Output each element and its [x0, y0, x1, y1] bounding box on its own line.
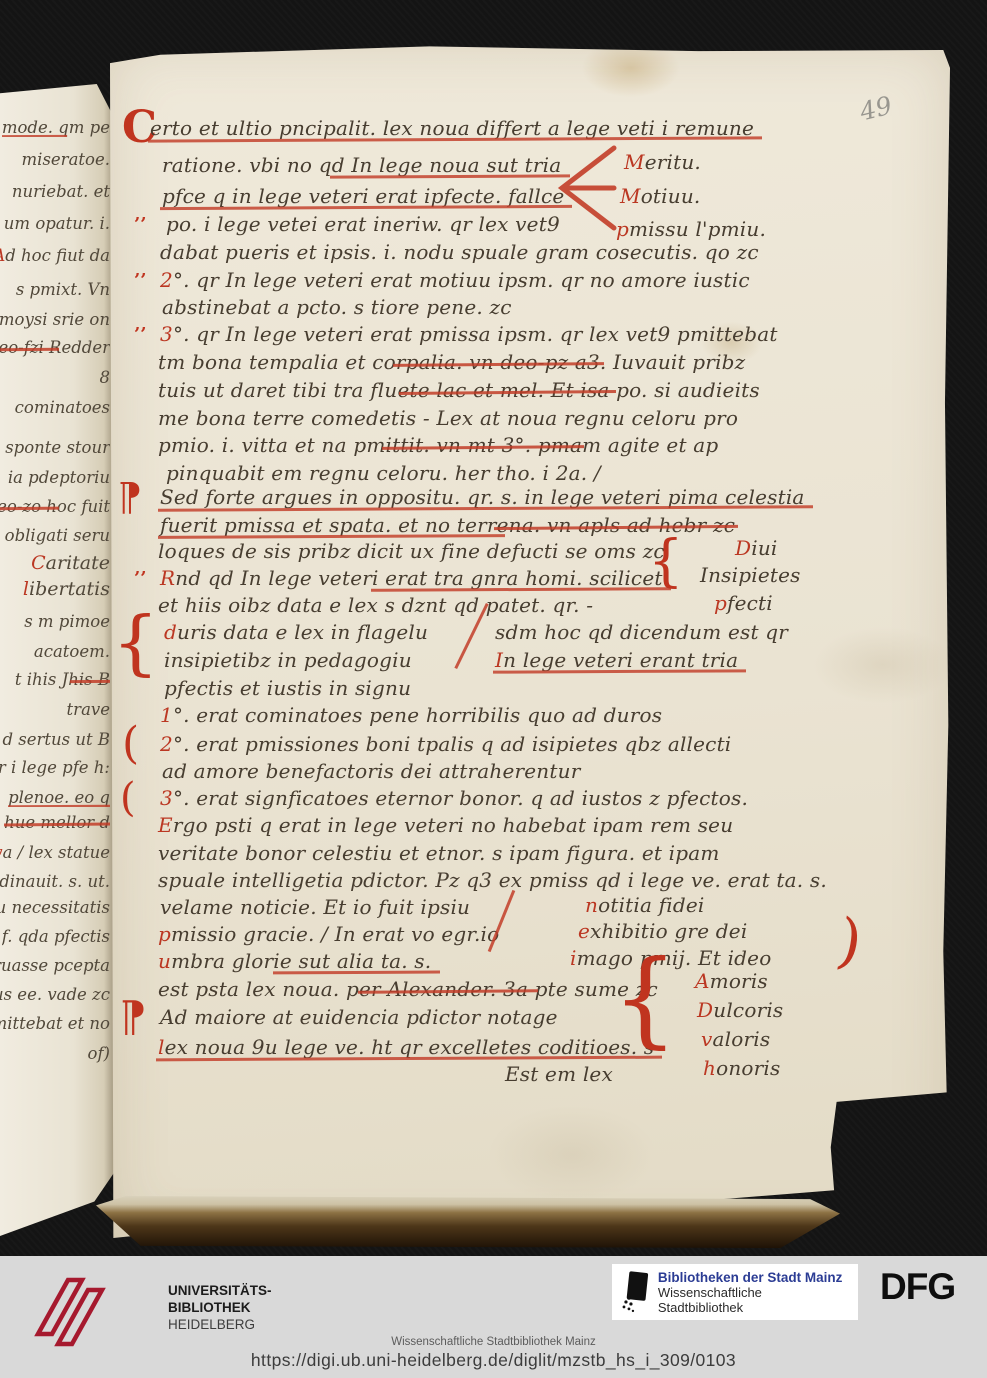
- manuscript-line: ratione. vbi no qd In lege noua sut tria: [162, 153, 561, 177]
- list-item: Dulcoris: [697, 998, 783, 1022]
- margin-line: s m pimoe: [24, 612, 110, 631]
- rubric-mark: ’’: [134, 214, 147, 235]
- manuscript-line: pmissio gracie. / In erat vo egr.io: [158, 922, 499, 946]
- list-item: Insipietes: [700, 563, 801, 587]
- margin-line: libertatis: [23, 578, 110, 600]
- margin-line: heo-fzi Redder: [0, 338, 110, 357]
- manuscript-line: et hiis oibz data e lex s dznt qd patet.…: [158, 593, 593, 617]
- manuscript-line: erto et ultio pncipalit. lex noua differ…: [150, 116, 754, 140]
- ub-heidelberg-label: UNIVERSITÄTS- BIBLIOTHEK HEIDELBERG: [168, 1282, 272, 1333]
- mainz-line1: Bibliotheken der Stadt Mainz: [658, 1270, 850, 1285]
- margin-line: ius ee. vade zc: [0, 985, 110, 1004]
- scan-footer: UNIVERSITÄTS- BIBLIOTHEK HEIDELBERG Bibl…: [0, 1256, 987, 1378]
- mainz-library-badge: Bibliotheken der Stadt Mainz Wissenschaf…: [612, 1264, 858, 1320]
- manuscript-line: pfce q in lege veteri erat ipfecte. fall…: [162, 184, 564, 208]
- manuscript-line: tm bona tempalia et corpalia. vn deo-pz …: [158, 350, 745, 374]
- margin-line: Ad hoc fiut da: [0, 246, 110, 265]
- margin-line: nuriebat. et: [12, 182, 110, 201]
- ubh-line2: BIBLIOTHEK: [168, 1299, 272, 1316]
- manuscript-line: Ad maiore at euidencia pdictor notage: [160, 1005, 558, 1029]
- margin-line: r i lege pfe h:: [0, 758, 110, 777]
- side-note: sdm hoc qd dicendum est qr: [495, 620, 788, 644]
- red-brace-icon: {: [648, 534, 684, 590]
- red-flourish-icon: (: [120, 778, 136, 818]
- manuscript-line: abstinebat a pcto. s tiore pene. zc: [162, 295, 512, 319]
- margin-line: heo-zo hoc fuit: [0, 497, 110, 516]
- manuscript-line: est psta lex noua. per Alexander. 3a pte…: [158, 977, 658, 1001]
- margin-line: mode. qm pe: [2, 118, 110, 137]
- manuscript-line: Ergo psti q erat in lege veteri no habeb…: [158, 813, 733, 837]
- list-item: Motiuu.: [620, 184, 700, 208]
- margin-line: Caritate: [31, 552, 110, 574]
- margin-line: 8: [100, 368, 111, 387]
- manuscript-line: 2°. erat pmissiones boni tpalis q ad isi…: [160, 732, 731, 756]
- margin-line: d sponte stour: [0, 438, 110, 457]
- manuscript-line: Rnd qd In lege veteri erat tra gnra homi…: [160, 566, 663, 590]
- margin-line: asu necessitatis: [0, 898, 110, 917]
- manuscript-line: loques de sis pribz dicit ux fine defuct…: [158, 539, 665, 563]
- rubric-mark: ’’: [134, 568, 147, 589]
- rubric-paragraph-mark: ¶: [118, 478, 142, 516]
- margin-line: um opatur. i.: [4, 214, 110, 233]
- list-item: Diui: [735, 536, 778, 560]
- red-brace-icon: {: [112, 608, 159, 678]
- margin-line: va / lex statue: [0, 843, 110, 862]
- manuscript-line: lex noua 9u lege ve. ht qr excelletes co…: [158, 1035, 654, 1059]
- rubric-paragraph-mark: ¶: [120, 996, 147, 1038]
- margin-line: cominatoes: [15, 398, 110, 417]
- manuscript-line: po. i lege vetei erat ineriw. qr lex vet…: [166, 212, 560, 236]
- manuscript-line: 3°. qr In lege veteri erat pmissa ipsm. …: [160, 322, 778, 346]
- list-item: pmissu l'pmiu.: [616, 217, 766, 241]
- margin-line: d sertus ut B: [2, 730, 110, 749]
- margin-line: obligati seru: [5, 526, 110, 545]
- ubh-line3: HEIDELBERG: [168, 1316, 272, 1333]
- list-item: Amoris: [695, 969, 768, 993]
- margin-line: t ihis Jhis B: [15, 670, 110, 689]
- manuscript-line: velame noticie. Et io fuit ipsiu: [160, 895, 470, 919]
- ubh-line1: UNIVERSITÄTS-: [168, 1282, 272, 1299]
- manuscript-line: ad amore benefactoris dei attraherentur: [162, 759, 580, 783]
- manuscript-line: veritate bonor celestiu et etnor. s ipam…: [158, 841, 720, 865]
- margin-line: pe moysi srie on: [0, 310, 110, 329]
- margin-line: s pmixt. Vn: [16, 280, 110, 299]
- dfg-logo: DFG: [880, 1266, 955, 1308]
- manuscript-line: duris data e lex in flagelu: [164, 620, 428, 644]
- manuscript-line: 2°. qr In lege veteri erat motiuu ipsm. …: [160, 268, 750, 292]
- rubric-mark: ’’: [134, 324, 147, 345]
- mainz-line2: Wissenschaftliche Stadtbibliothek: [658, 1285, 850, 1315]
- manuscript-line: spuale intelligetia pdictor. Pz q3 ex pm…: [158, 868, 827, 892]
- list-item: honoris: [703, 1056, 780, 1080]
- side-note: In lege veteri erant tria: [495, 648, 738, 672]
- margin-line: hue mellor d: [4, 813, 110, 832]
- source-url[interactable]: https://digi.ub.uni-heidelberg.de/diglit…: [0, 1350, 987, 1371]
- margin-line: ia pdeptoriu: [8, 468, 110, 487]
- margin-line: trave: [67, 700, 110, 719]
- book-edge: [96, 1196, 840, 1248]
- margin-line: dinauit. s. ut.: [0, 872, 110, 891]
- manuscript-line: dabat pueris et ipsis. i. nodu spuale gr…: [160, 240, 759, 264]
- manuscript-line: me bona terre comedetis - Lex at noua re…: [158, 406, 738, 430]
- manuscript-line: umbra glorie sut alia ta. s.: [158, 949, 431, 973]
- manuscript-line: Sed forte argues in oppositu. qr. s. in …: [160, 485, 805, 509]
- manuscript-line: insipietibz in pedagogiu: [164, 648, 412, 672]
- list-item: Meritu.: [624, 150, 701, 174]
- manuscript-line: pfectis et iustis in signu: [164, 676, 411, 700]
- manuscript-line: 3°. erat signficatoes eternor bonor. q a…: [160, 786, 748, 810]
- margin-line: f. qda pfectis: [2, 927, 110, 946]
- red-brace-icon: [556, 142, 618, 234]
- margin-line: of): [88, 1044, 110, 1063]
- rubric-mark: ’’: [134, 270, 147, 291]
- margin-line: mittebat et no: [0, 1014, 110, 1033]
- footer-caption: Wissenschaftliche Stadtbibliothek Mainz: [0, 1336, 987, 1348]
- margin-line: miseratoe.: [22, 150, 110, 169]
- side-note: notitia fidei: [585, 893, 705, 917]
- list-item: pfecti: [714, 591, 773, 615]
- facing-page-edge: mode. qm pe miseratoe. nuriebat. et um o…: [0, 84, 118, 1236]
- scan-viewport: mode. qm pe miseratoe. nuriebat. et um o…: [0, 0, 987, 1378]
- manuscript-line: pmio. i. vitta et na pmittit. vn mt 3°. …: [158, 433, 718, 457]
- margin-line: plenoe. eo q: [8, 788, 110, 807]
- manuscript-line: tuis ut daret tibi tra fluete lac et mel…: [158, 378, 760, 402]
- mainz-book-icon: [620, 1270, 650, 1314]
- manuscript-line: 1°. erat cominatoes pene horribilis quo …: [160, 703, 662, 727]
- margin-line: seruasse pcepta: [0, 956, 110, 975]
- red-flourish-icon: (: [122, 722, 139, 766]
- red-brace-icon: {: [612, 946, 678, 1050]
- list-item: valoris: [701, 1027, 770, 1051]
- manuscript-line: Est em lex: [505, 1062, 613, 1086]
- margin-line: acatoem.: [34, 642, 110, 661]
- manuscript-line: pinquabit em regnu celoru. her tho. i 2a…: [166, 461, 601, 485]
